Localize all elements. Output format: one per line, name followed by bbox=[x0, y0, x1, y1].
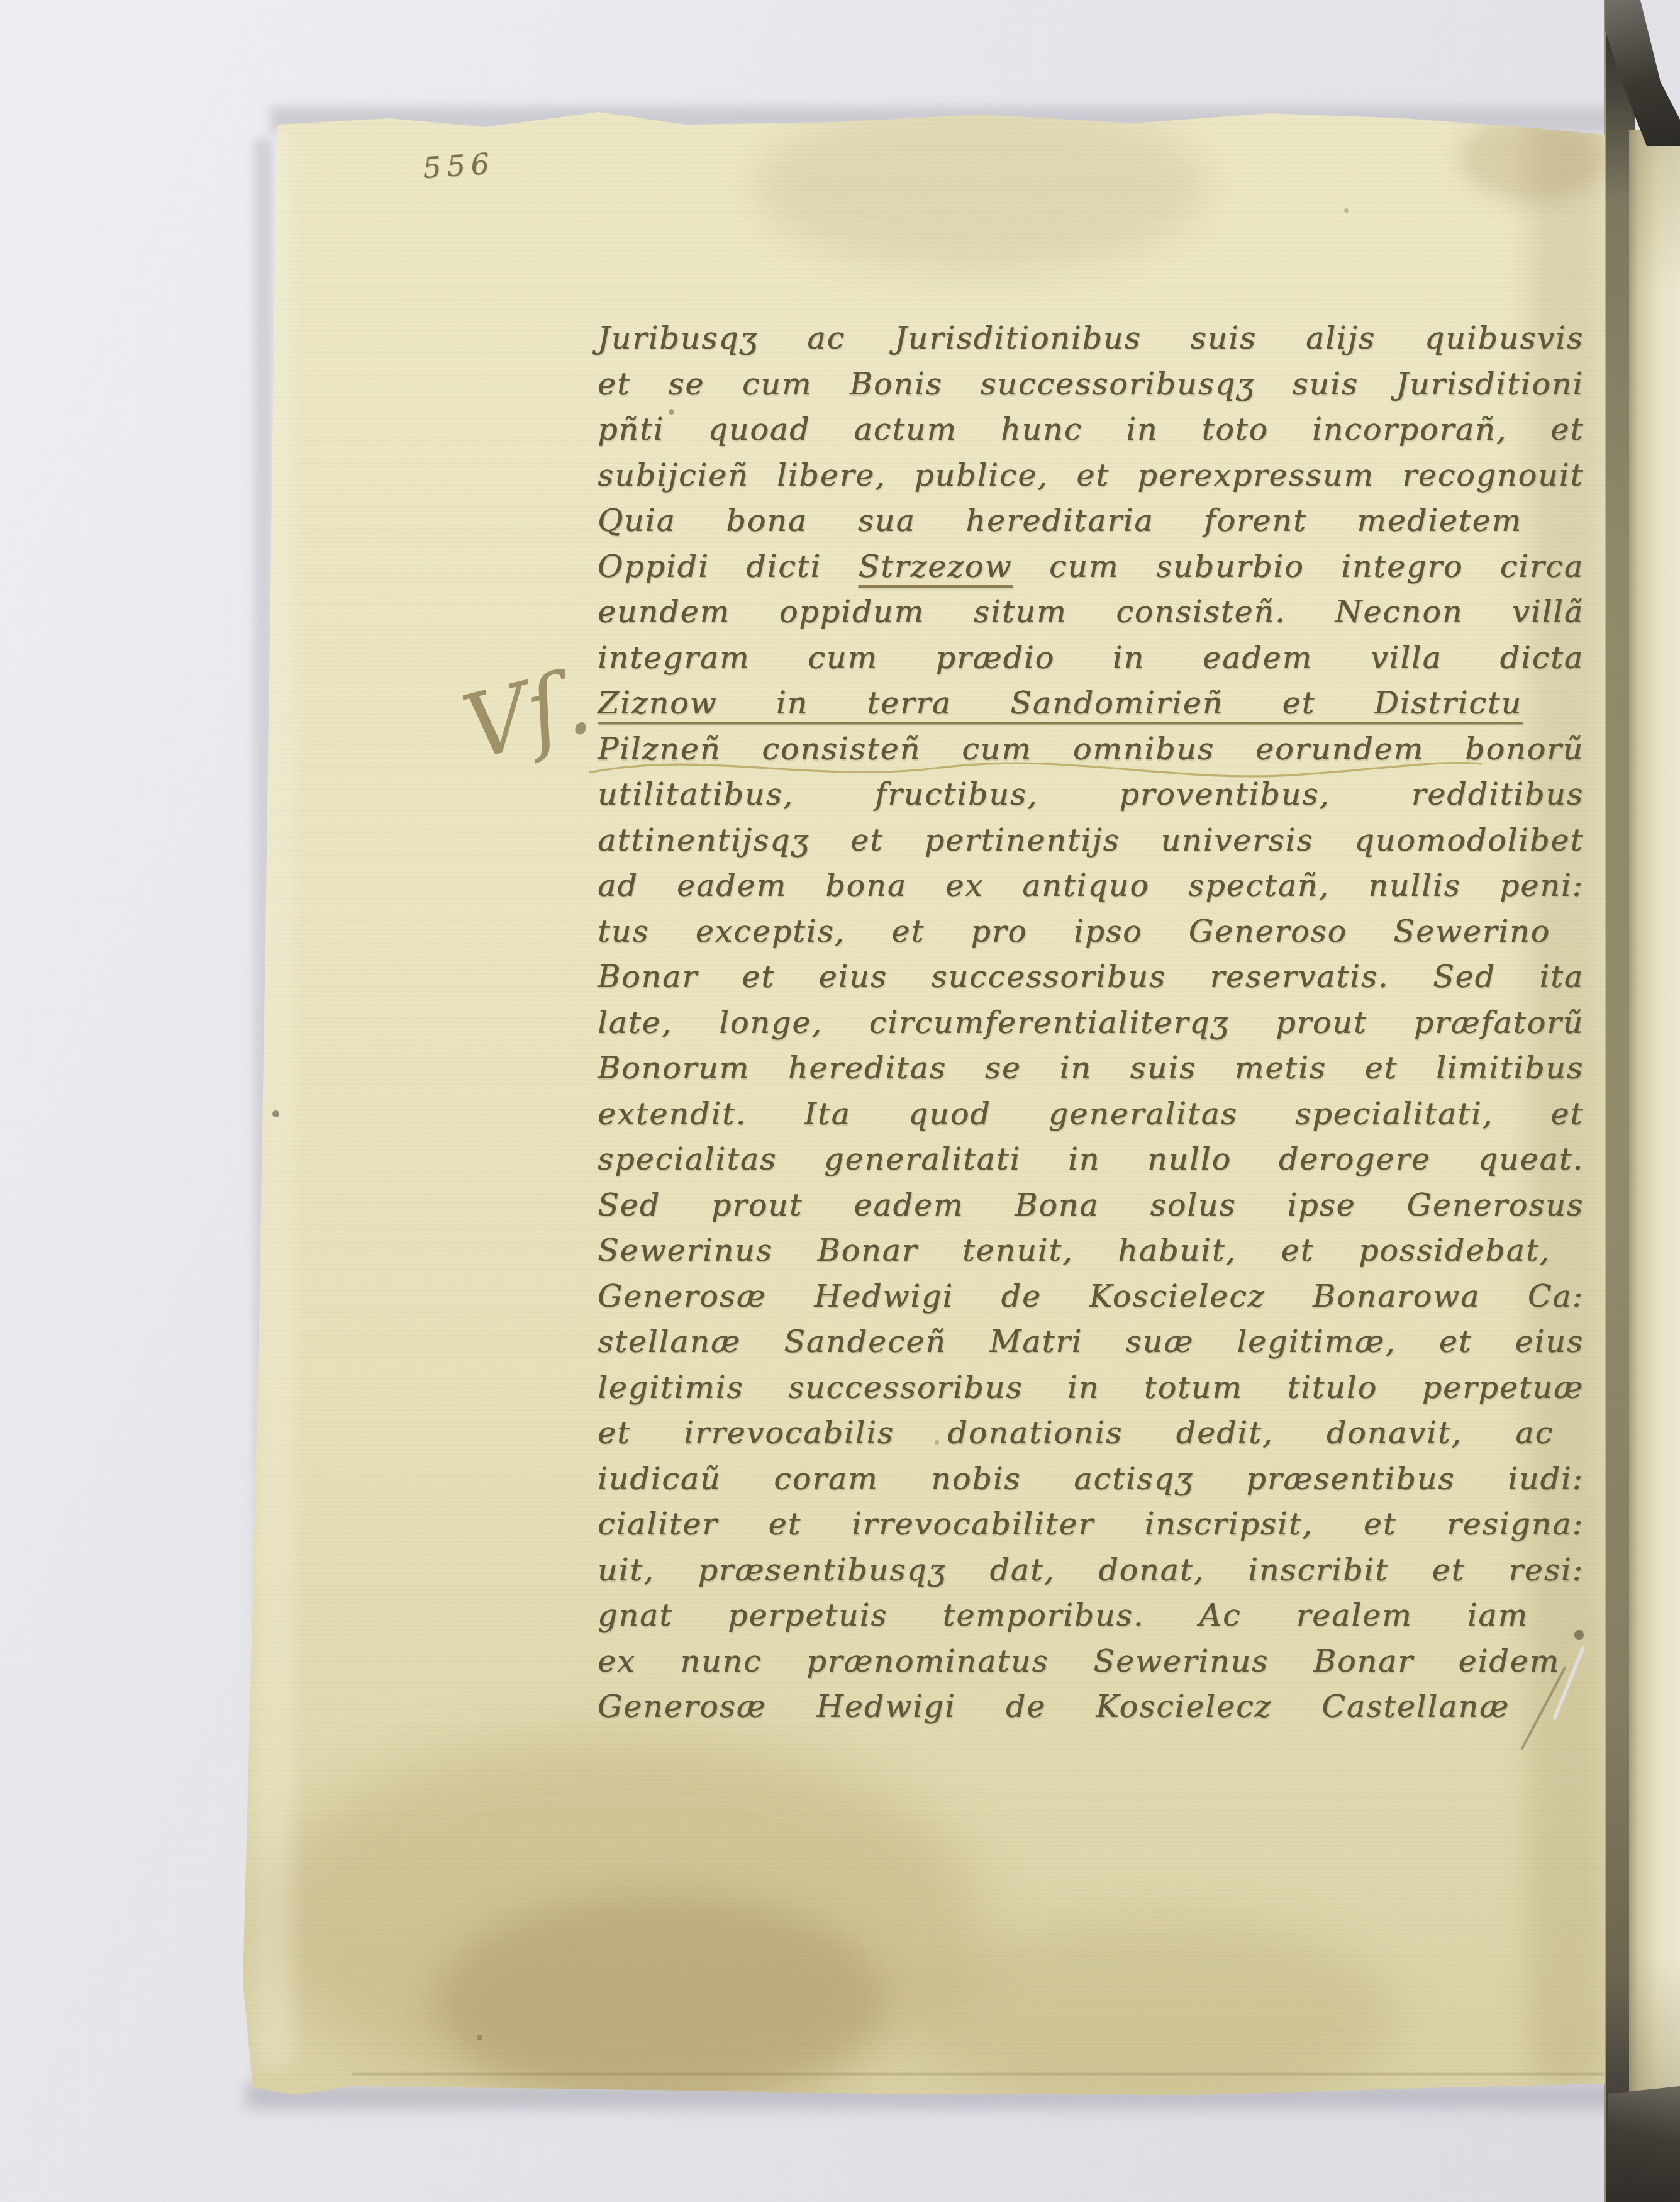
manuscript-line: late, longe, circumferentialiterqʒ prout… bbox=[598, 1000, 1584, 1046]
manuscript-line: Quia bona sua hereditaria forent mediete… bbox=[598, 498, 1522, 544]
manuscript-line: ex nunc prænominatus Sewerinus Bonar eid… bbox=[598, 1639, 1560, 1685]
manuscript-line: Sed prout eadem Bona solus ipse Generosu… bbox=[598, 1183, 1584, 1229]
manuscript-line: Ziznow in terra Sandomirieñ et Districtu bbox=[598, 681, 1522, 727]
yellow-thread-underline bbox=[589, 742, 1482, 799]
parchment-stain-bottom-right bbox=[906, 1919, 1396, 2114]
manuscript-line: specialitas generalitati in nullo deroge… bbox=[598, 1137, 1584, 1183]
manuscript-line: Bonorum hereditas se in suis metis et li… bbox=[598, 1046, 1584, 1092]
manuscript-line: Sewerinus Bonar tenuit, habuit, et possi… bbox=[598, 1228, 1550, 1274]
manuscript-line: eundem oppidum situm consisteñ. Necnon v… bbox=[598, 590, 1584, 635]
manuscript-line: ad eadem bona ex antiquo spectañ, nullis… bbox=[598, 863, 1584, 909]
manuscript-line: Bonar et eius successoribus reservatis. … bbox=[598, 954, 1584, 1000]
manuscript-line: stellanæ Sandeceñ Matri suæ legitimæ, et… bbox=[598, 1319, 1584, 1365]
parchment-stain-top bbox=[755, 101, 1208, 271]
manuscript-line: et irrevocabilis donationis dedit, donav… bbox=[598, 1411, 1554, 1456]
folio-number: 556 bbox=[421, 146, 496, 185]
margin-mark: Vſ. bbox=[455, 654, 600, 776]
manuscript-line: legitimis successoribus in totum titulo … bbox=[598, 1365, 1584, 1411]
manuscript-page: 556 Vſ. Juribusqʒ ac Jurisditionibus sui… bbox=[0, 0, 1680, 2202]
manuscript-text-block: Juribusqʒ ac Jurisditionibus suis alijs … bbox=[598, 316, 1584, 1730]
underlined-phrase: Strzezow bbox=[859, 549, 1013, 584]
parchment-stain-bottom bbox=[434, 1894, 887, 2108]
manuscript-line: Generosæ Hedwigi de Koscielecz Castellan… bbox=[598, 1684, 1510, 1730]
manuscript-line: iudicaũ coram nobis actisqʒ præsentibus … bbox=[598, 1456, 1584, 1502]
manuscript-line: pñti quoad actum hunc in toto incorporañ… bbox=[598, 407, 1584, 453]
manuscript-line: subijcieñ libere, publice, et perexpress… bbox=[598, 453, 1584, 499]
manuscript-line: cialiter et irrevocabiliter inscripsit, … bbox=[598, 1502, 1584, 1548]
manuscript-line: Juribusqʒ ac Jurisditionibus suis alijs … bbox=[598, 316, 1584, 362]
manuscript-line: Oppidi dicti Strzezow cum suburbio integ… bbox=[598, 544, 1584, 590]
manuscript-line: Generosæ Hedwigi de Koscielecz Bonarowa … bbox=[598, 1274, 1584, 1320]
manuscript-line: tus exceptis, et pro ipso Generoso Sewer… bbox=[598, 909, 1550, 955]
manuscript-line: gnat perpetuis temporibus. Ac realem iam bbox=[598, 1593, 1528, 1639]
manuscript-line: integram cum prædio in eadem villa dicta bbox=[598, 635, 1584, 681]
manuscript-line: attinentijsqʒ et pertinentijs universis … bbox=[598, 818, 1584, 864]
ink-specks bbox=[0, 0, 3, 3]
manuscript-line: extendit. Ita quod generalitas specialit… bbox=[598, 1092, 1584, 1137]
manuscript-line: et se cum Bonis successoribusqʒ suis Jur… bbox=[598, 362, 1584, 408]
manuscript-line: uit, præsentibusqʒ dat, donat, inscribit… bbox=[598, 1548, 1584, 1594]
underlined-phrase: Ziznow in terra Sandomirieñ et Districtu bbox=[598, 685, 1522, 721]
facing-page-edge bbox=[1629, 130, 1680, 2096]
archival-photo: { "document": { "folio_number": "556", "… bbox=[0, 0, 1680, 2202]
bottom-fold-crease bbox=[352, 2073, 1604, 2075]
